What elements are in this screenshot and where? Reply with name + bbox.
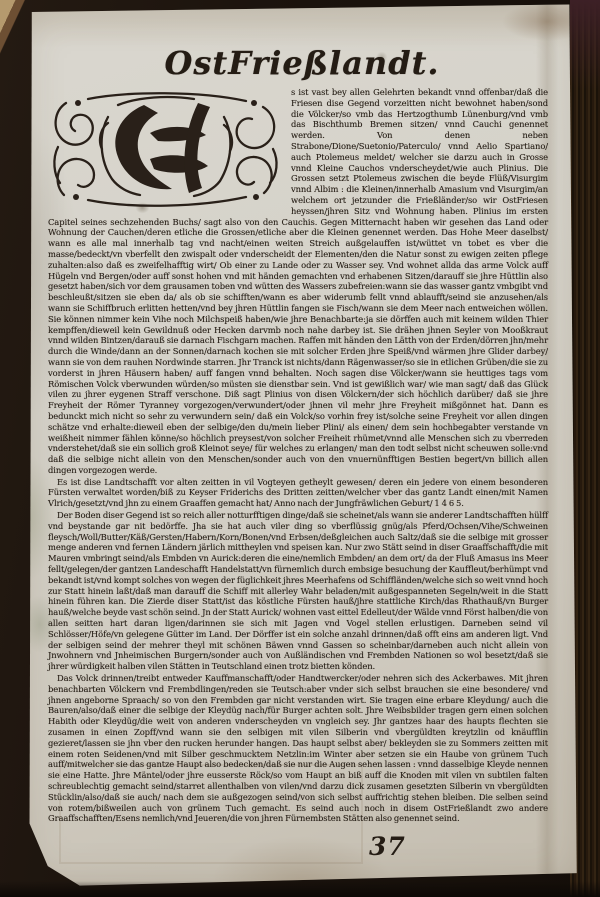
text-block: s ist vast bey allen Gelehrten bekandt v… — [48, 87, 548, 824]
page-title: OstFrießlandt. — [17, 44, 587, 82]
paragraph: Der Boden diser Gegend ist so reich alle… — [48, 510, 548, 672]
book-photo: OstFrießlandt. — [0, 0, 600, 897]
bottom-shadow — [0, 881, 600, 897]
book-page: OstFrießlandt. — [17, 4, 587, 890]
paragraph: s ist vast bey allen Gelehrten bekandt v… — [48, 87, 548, 476]
paragraph: Das Volck drinnen/treibt entweder Kauffm… — [48, 673, 548, 824]
woodcut-initial-icon — [48, 89, 284, 209]
page-number: 37 — [369, 832, 406, 861]
paragraph: Es ist dise Landtschafft vor alten zeitt… — [48, 477, 548, 509]
